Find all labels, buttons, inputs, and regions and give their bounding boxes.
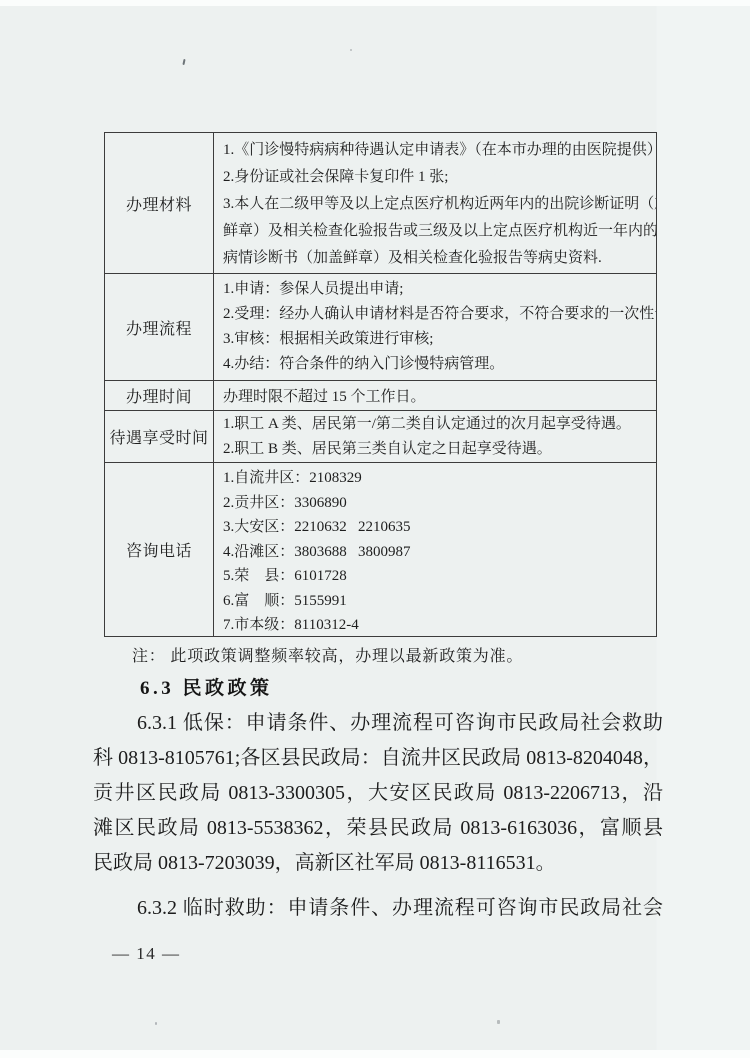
paragraph-line: 6.3.2 临时救助：申请条件、办理流程可咨询市民政局社会 [93, 891, 663, 926]
document-page: 办理材料 1.《门诊慢特病病种待遇认定申请表》（在本市办理的由医院提供）; 2.… [0, 6, 750, 1050]
paragraph-6-3-2: 6.3.2 临时救助：申请条件、办理流程可咨询市民政局社会 [93, 891, 663, 926]
table-cell-line: 2.职工 B 类、居民第三类自认定之日起享受待遇。 [223, 437, 652, 462]
table-cell-line: 2.受理：经办人确认申请材料是否符合要求，不符合要求的一次性告知; [223, 302, 652, 327]
table-note: 注： 此项政策调整频率较高，办理以最新政策为准。 [132, 643, 523, 666]
table-cell-line: 4.沿滩区：3803688 3800987 [223, 540, 652, 565]
row-label-process: 办理流程 [105, 274, 214, 380]
policy-info-table: 办理材料 1.《门诊慢特病病种待遇认定申请表》（在本市办理的由医院提供）; 2.… [104, 132, 657, 637]
table-cell-line: 3.本人在二级甲等及以上定点医疗机构近两年内的出院诊断证明（加盖 [223, 191, 652, 218]
table-cell-line: 6.富 顺：5155991 [223, 589, 652, 614]
row-content-benefit-start: 1.职工 A 类、居民第一/第二类自认定通过的次月起享受待遇。 2.职工 B 类… [214, 411, 656, 462]
table-cell-line: 2.身份证或社会保障卡复印件 1 张; [223, 164, 652, 191]
table-cell-line: 3.大安区：2210632 2210635 [223, 515, 652, 540]
table-cell-line: 4.办结：符合条件的纳入门诊慢特病管理。 [223, 352, 652, 377]
scan-artifact [155, 1022, 157, 1025]
table-cell-line: 办理时限不超过 15 个工作日。 [223, 385, 426, 406]
table-row-time-limit: 办理时间 办理时限不超过 15 个工作日。 [105, 380, 656, 410]
table-cell-line: 1.《门诊慢特病病种待遇认定申请表》（在本市办理的由医院提供）; [223, 137, 652, 164]
table-cell-line: 3.审核：根据相关政策进行审核; [223, 327, 652, 352]
table-cell-line: 1.自流井区：2108329 [223, 466, 652, 491]
row-label-time-limit: 办理时间 [105, 381, 214, 410]
paragraph-line: 科 0813-8105761;各区县民政局：自流井区民政局 0813-82040… [93, 741, 663, 776]
scan-artifact [497, 1020, 500, 1024]
table-row-hotlines: 咨询电话 1.自流井区：2108329 2.贡井区：3306890 3.大安区：… [105, 462, 656, 636]
table-row-materials: 办理材料 1.《门诊慢特病病种待遇认定申请表》（在本市办理的由医院提供）; 2.… [105, 133, 656, 273]
row-content-materials: 1.《门诊慢特病病种待遇认定申请表》（在本市办理的由医院提供）; 2.身份证或社… [214, 133, 656, 273]
table-cell-line: 5.荣 县：6101728 [223, 564, 652, 589]
row-content-time-limit: 办理时限不超过 15 个工作日。 [214, 381, 656, 410]
table-cell-line: 2.贡井区：3306890 [223, 491, 652, 516]
table-cell-line: 1.申请：参保人员提出申请; [223, 277, 652, 302]
table-cell-line: 病情诊断书（加盖鲜章）及相关检查化验报告等病史资料. [223, 245, 652, 272]
table-cell-line: 7.市本级：8110312-4 [223, 613, 652, 636]
row-label-materials: 办理材料 [105, 133, 214, 273]
table-cell-line: 鲜章）及相关检查化验报告或三级及以上定点医疗机构近一年内的门诊 [223, 218, 652, 245]
scan-artifact [182, 59, 185, 65]
row-label-benefit-start: 待遇享受时间 [105, 411, 214, 462]
paragraph-line: 民政局 0813-7203039，高新区社军局 0813-8116531。 [93, 846, 663, 881]
row-content-hotlines: 1.自流井区：2108329 2.贡井区：3306890 3.大安区：22106… [214, 463, 656, 636]
paragraph-line: 滩区民政局 0813-5538362，荣县民政局 0813-6163036，富顺… [93, 811, 663, 846]
page-number: — 14 — [112, 944, 181, 964]
table-cell-line: 1.职工 A 类、居民第一/第二类自认定通过的次月起享受待遇。 [223, 412, 652, 437]
row-content-process: 1.申请：参保人员提出申请; 2.受理：经办人确认申请材料是否符合要求，不符合要… [214, 274, 656, 380]
row-label-hotlines: 咨询电话 [105, 463, 214, 636]
paragraph-line: 贡井区民政局 0813-3300305，大安区民政局 0813-2206713，… [93, 776, 663, 811]
table-row-benefit-start: 待遇享受时间 1.职工 A 类、居民第一/第二类自认定通过的次月起享受待遇。 2… [105, 410, 656, 462]
table-row-process: 办理流程 1.申请：参保人员提出申请; 2.受理：经办人确认申请材料是否符合要求… [105, 273, 656, 380]
paragraph-6-3-1: 6.3.1 低保：申请条件、办理流程可咨询市民政局社会救助 科 0813-810… [93, 706, 663, 881]
section-heading-6-3: 6.3 民政政策 [140, 673, 273, 700]
scan-artifact [350, 49, 352, 51]
paragraph-line: 6.3.1 低保：申请条件、办理流程可咨询市民政局社会救助 [93, 706, 663, 741]
